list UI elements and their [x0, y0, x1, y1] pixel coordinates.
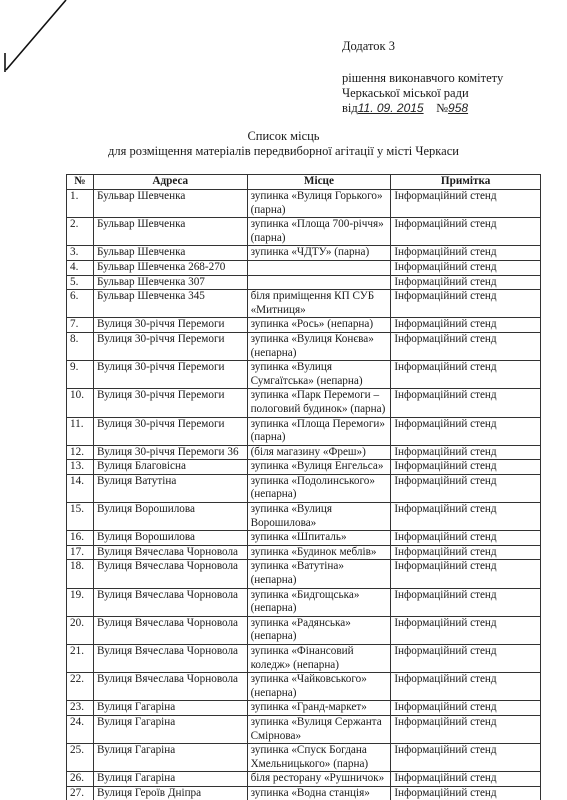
- row-number-cell: 11.: [67, 417, 94, 445]
- table-row: 26.Вулиця Гагарінабіля ресторану «Рушнич…: [67, 772, 541, 787]
- row-number-cell: 18.: [67, 560, 94, 588]
- handwritten-number: 958: [448, 101, 468, 115]
- row-number-cell: 24.: [67, 715, 94, 743]
- table-row: 4.Бульвар Шевченка 268-270Інформаційний …: [67, 260, 541, 275]
- row-number-cell: 26.: [67, 772, 94, 787]
- appendix-label: Додаток 3: [342, 39, 395, 54]
- row-number-cell: 12.: [67, 445, 94, 460]
- address-cell: Бульвар Шевченка 307: [93, 275, 247, 290]
- table-row: 1.Бульвар Шевченказупинка «Вулиця Горько…: [67, 190, 541, 218]
- table-row: 21.Вулиця Вячеслава Чорноволазупинка «Фі…: [67, 645, 541, 673]
- address-cell: Вулиця 30-річчя Перемоги: [93, 389, 247, 417]
- address-cell: Вулиця Ворошилова: [93, 503, 247, 531]
- document-title: Список місць для розміщення матеріалів п…: [0, 129, 567, 159]
- note-cell: Інформаційний стенд: [391, 701, 541, 716]
- table-row: 14.Вулиця Ватутіназупинка «Подолинського…: [67, 474, 541, 502]
- table-row: 23.Вулиця Гагаріназупинка «Гранд-маркет»…: [67, 701, 541, 716]
- row-number-cell: 16.: [67, 531, 94, 546]
- address-cell: Вулиця Гагаріна: [93, 744, 247, 772]
- place-cell: зупинка «Вулиця Ворошилова»: [247, 503, 391, 531]
- decision-block: рішення виконавчого комітету Черкаської …: [342, 71, 503, 116]
- address-cell: Бульвар Шевченка 345: [93, 290, 247, 318]
- row-number-cell: 25.: [67, 744, 94, 772]
- note-cell: Інформаційний стенд: [391, 715, 541, 743]
- address-cell: Вулиця Героїв Дніпра: [93, 786, 247, 800]
- address-cell: Вулиця Гагаріна: [93, 715, 247, 743]
- table-row: 16.Вулиця Ворошиловазупинка «Шпиталь»Інф…: [67, 531, 541, 546]
- note-cell: Інформаційний стенд: [391, 744, 541, 772]
- place-cell: зупинка «Гранд-маркет»: [247, 701, 391, 716]
- date-prefix: від: [342, 101, 358, 115]
- note-cell: Інформаційний стенд: [391, 560, 541, 588]
- place-cell: біля ресторану «Рушничок»: [247, 772, 391, 787]
- column-header-note: Примітка: [391, 175, 541, 190]
- place-cell: зупинка «Вулиця Енгельса»: [247, 460, 391, 475]
- note-cell: Інформаційний стенд: [391, 786, 541, 800]
- place-cell: зупинка «Вулиця Сержанта Смірнова»: [247, 715, 391, 743]
- place-cell: зупинка «Фінансовий коледж» (непарна): [247, 645, 391, 673]
- table-row: 15.Вулиця Ворошиловазупинка «Вулиця Воро…: [67, 503, 541, 531]
- row-number-cell: 10.: [67, 389, 94, 417]
- address-cell: Вулиця Гагаріна: [93, 701, 247, 716]
- title-line-2: для розміщення матеріалів передвиборної …: [0, 144, 567, 159]
- table-row: 24.Вулиця Гагаріназупинка «Вулиця Сержан…: [67, 715, 541, 743]
- place-cell: зупинка «Вулиця Сумгаїтська» (непарна): [247, 361, 391, 389]
- row-number-cell: 14.: [67, 474, 94, 502]
- row-number-cell: 5.: [67, 275, 94, 290]
- address-cell: Вулиця Вячеслава Чорновола: [93, 588, 247, 616]
- row-number-cell: 7.: [67, 318, 94, 333]
- row-number-cell: 3.: [67, 246, 94, 261]
- place-cell: зупинка «Бидгощська» (непарна): [247, 588, 391, 616]
- place-cell: зупинка «Ватутіна» (непарна): [247, 560, 391, 588]
- address-cell: Вулиця Вячеслава Чорновола: [93, 616, 247, 644]
- row-number-cell: 19.: [67, 588, 94, 616]
- table-row: 13.Вулиця Благовісназупинка «Вулиця Енге…: [67, 460, 541, 475]
- row-number-cell: 1.: [67, 190, 94, 218]
- address-cell: Вулиця 30-річчя Перемоги: [93, 318, 247, 333]
- place-cell: зупинка «Шпиталь»: [247, 531, 391, 546]
- address-cell: Вулиця 30-річчя Перемоги 36: [93, 445, 247, 460]
- row-number-cell: 17.: [67, 545, 94, 560]
- note-cell: Інформаційний стенд: [391, 275, 541, 290]
- place-cell: зупинка «Спуск Богдана Хмельницького» (п…: [247, 744, 391, 772]
- place-cell: зупинка «Вулиця Конєва» (непарна): [247, 332, 391, 360]
- note-cell: Інформаційний стенд: [391, 616, 541, 644]
- note-cell: Інформаційний стенд: [391, 260, 541, 275]
- address-cell: Вулиця Вячеслава Чорновола: [93, 645, 247, 673]
- table-header-row: № Адреса Місце Примітка: [67, 175, 541, 190]
- note-cell: Інформаційний стенд: [391, 460, 541, 475]
- table-row: 5.Бульвар Шевченка 307Інформаційний стен…: [67, 275, 541, 290]
- table-row: 12.Вулиця 30-річчя Перемоги 36(біля мага…: [67, 445, 541, 460]
- row-number-cell: 22.: [67, 673, 94, 701]
- note-cell: Інформаційний стенд: [391, 474, 541, 502]
- note-cell: Інформаційний стенд: [391, 361, 541, 389]
- address-cell: Вулиця Гагаріна: [93, 772, 247, 787]
- place-cell: зупинка «Радянська» (непарна): [247, 616, 391, 644]
- place-cell: зупинка «Чайковського» (непарна): [247, 673, 391, 701]
- place-cell: зупинка «Водна станція»: [247, 786, 391, 800]
- place-cell: [247, 275, 391, 290]
- row-number-cell: 20.: [67, 616, 94, 644]
- table-row: 9.Вулиця 30-річчя Перемогизупинка «Вулиц…: [67, 361, 541, 389]
- note-cell: Інформаційний стенд: [391, 673, 541, 701]
- row-number-cell: 27.: [67, 786, 94, 800]
- address-cell: Вулиця Ворошилова: [93, 531, 247, 546]
- place-cell: зупинка «ЧДТУ» (парна): [247, 246, 391, 261]
- locations-table: № Адреса Місце Примітка 1.Бульвар Шевчен…: [66, 174, 541, 800]
- address-cell: Бульвар Шевченка: [93, 218, 247, 246]
- place-cell: [247, 260, 391, 275]
- column-header-place: Місце: [247, 175, 391, 190]
- table-row: 18.Вулиця Вячеслава Чорноволазупинка «Ва…: [67, 560, 541, 588]
- table-row: 3.Бульвар Шевченказупинка «ЧДТУ» (парна)…: [67, 246, 541, 261]
- table-row: 19.Вулиця Вячеслава Чорноволазупинка «Би…: [67, 588, 541, 616]
- address-cell: Вулиця 30-річчя Перемоги: [93, 332, 247, 360]
- note-cell: Інформаційний стенд: [391, 588, 541, 616]
- table-row: 6.Бульвар Шевченка 345біля приміщення КП…: [67, 290, 541, 318]
- row-number-cell: 21.: [67, 645, 94, 673]
- address-cell: Вулиця Вячеслава Чорновола: [93, 673, 247, 701]
- column-header-number: №: [67, 175, 94, 190]
- address-cell: Вулиця 30-річчя Перемоги: [93, 417, 247, 445]
- decision-date-line: від11. 09. 2015 №958: [342, 101, 503, 116]
- table-row: 8.Вулиця 30-річчя Перемогизупинка «Вулиц…: [67, 332, 541, 360]
- number-prefix: №: [436, 101, 448, 115]
- note-cell: Інформаційний стенд: [391, 332, 541, 360]
- row-number-cell: 4.: [67, 260, 94, 275]
- table-row: 11.Вулиця 30-річчя Перемогизупинка «Площ…: [67, 417, 541, 445]
- place-cell: зупинка «Площа 700-річчя» (парна): [247, 218, 391, 246]
- row-number-cell: 13.: [67, 460, 94, 475]
- title-line-1: Список місць: [0, 129, 567, 144]
- row-number-cell: 15.: [67, 503, 94, 531]
- address-cell: Бульвар Шевченка: [93, 190, 247, 218]
- table-row: 10.Вулиця 30-річчя Перемогизупинка «Парк…: [67, 389, 541, 417]
- table-row: 27.Вулиця Героїв Дніпразупинка «Водна ст…: [67, 786, 541, 800]
- address-cell: Вулиця Ватутіна: [93, 474, 247, 502]
- place-cell: зупинка «Будинок меблів»: [247, 545, 391, 560]
- corner-pen-stroke-mark: [0, 0, 120, 110]
- address-cell: Вулиця Вячеслава Чорновола: [93, 545, 247, 560]
- address-cell: Бульвар Шевченка 268-270: [93, 260, 247, 275]
- note-cell: Інформаційний стенд: [391, 445, 541, 460]
- place-cell: зупинка «Вулиця Горького» (парна): [247, 190, 391, 218]
- decision-line-1: рішення виконавчого комітету: [342, 71, 503, 86]
- note-cell: Інформаційний стенд: [391, 290, 541, 318]
- address-cell: Бульвар Шевченка: [93, 246, 247, 261]
- note-cell: Інформаційний стенд: [391, 190, 541, 218]
- table-body: 1.Бульвар Шевченказупинка «Вулиця Горько…: [67, 190, 541, 800]
- note-cell: Інформаційний стенд: [391, 503, 541, 531]
- row-number-cell: 23.: [67, 701, 94, 716]
- decision-line-2: Черкаської міської ради: [342, 86, 503, 101]
- note-cell: Інформаційний стенд: [391, 772, 541, 787]
- table-row: 20.Вулиця Вячеслава Чорноволазупинка «Ра…: [67, 616, 541, 644]
- column-header-address: Адреса: [93, 175, 247, 190]
- place-cell: біля приміщення КП СУБ «Митниця»: [247, 290, 391, 318]
- note-cell: Інформаційний стенд: [391, 389, 541, 417]
- row-number-cell: 6.: [67, 290, 94, 318]
- table-row: 2.Бульвар Шевченказупинка «Площа 700-річ…: [67, 218, 541, 246]
- place-cell: зупинка «Рось» (непарна): [247, 318, 391, 333]
- place-cell: зупинка «Подолинського» (непарна): [247, 474, 391, 502]
- row-number-cell: 9.: [67, 361, 94, 389]
- handwritten-date: 11. 09. 2015: [358, 101, 424, 115]
- address-cell: Вулиця Вячеслава Чорновола: [93, 560, 247, 588]
- table-row: 17.Вулиця Вячеслава Чорноволазупинка «Бу…: [67, 545, 541, 560]
- place-cell: зупинка «Парк Перемоги – пологовий будин…: [247, 389, 391, 417]
- note-cell: Інформаційний стенд: [391, 531, 541, 546]
- note-cell: Інформаційний стенд: [391, 417, 541, 445]
- note-cell: Інформаційний стенд: [391, 545, 541, 560]
- table-row: 25.Вулиця Гагаріназупинка «Спуск Богдана…: [67, 744, 541, 772]
- row-number-cell: 2.: [67, 218, 94, 246]
- note-cell: Інформаційний стенд: [391, 318, 541, 333]
- address-cell: Вулиця 30-річчя Перемоги: [93, 361, 247, 389]
- place-cell: зупинка «Площа Перемоги» (парна): [247, 417, 391, 445]
- note-cell: Інформаційний стенд: [391, 218, 541, 246]
- note-cell: Інформаційний стенд: [391, 246, 541, 261]
- table-row: 7.Вулиця 30-річчя Перемогизупинка «Рось»…: [67, 318, 541, 333]
- place-cell: (біля магазину «Фреш»): [247, 445, 391, 460]
- address-cell: Вулиця Благовісна: [93, 460, 247, 475]
- table-row: 22.Вулиця Вячеслава Чорноволазупинка «Ча…: [67, 673, 541, 701]
- row-number-cell: 8.: [67, 332, 94, 360]
- note-cell: Інформаційний стенд: [391, 645, 541, 673]
